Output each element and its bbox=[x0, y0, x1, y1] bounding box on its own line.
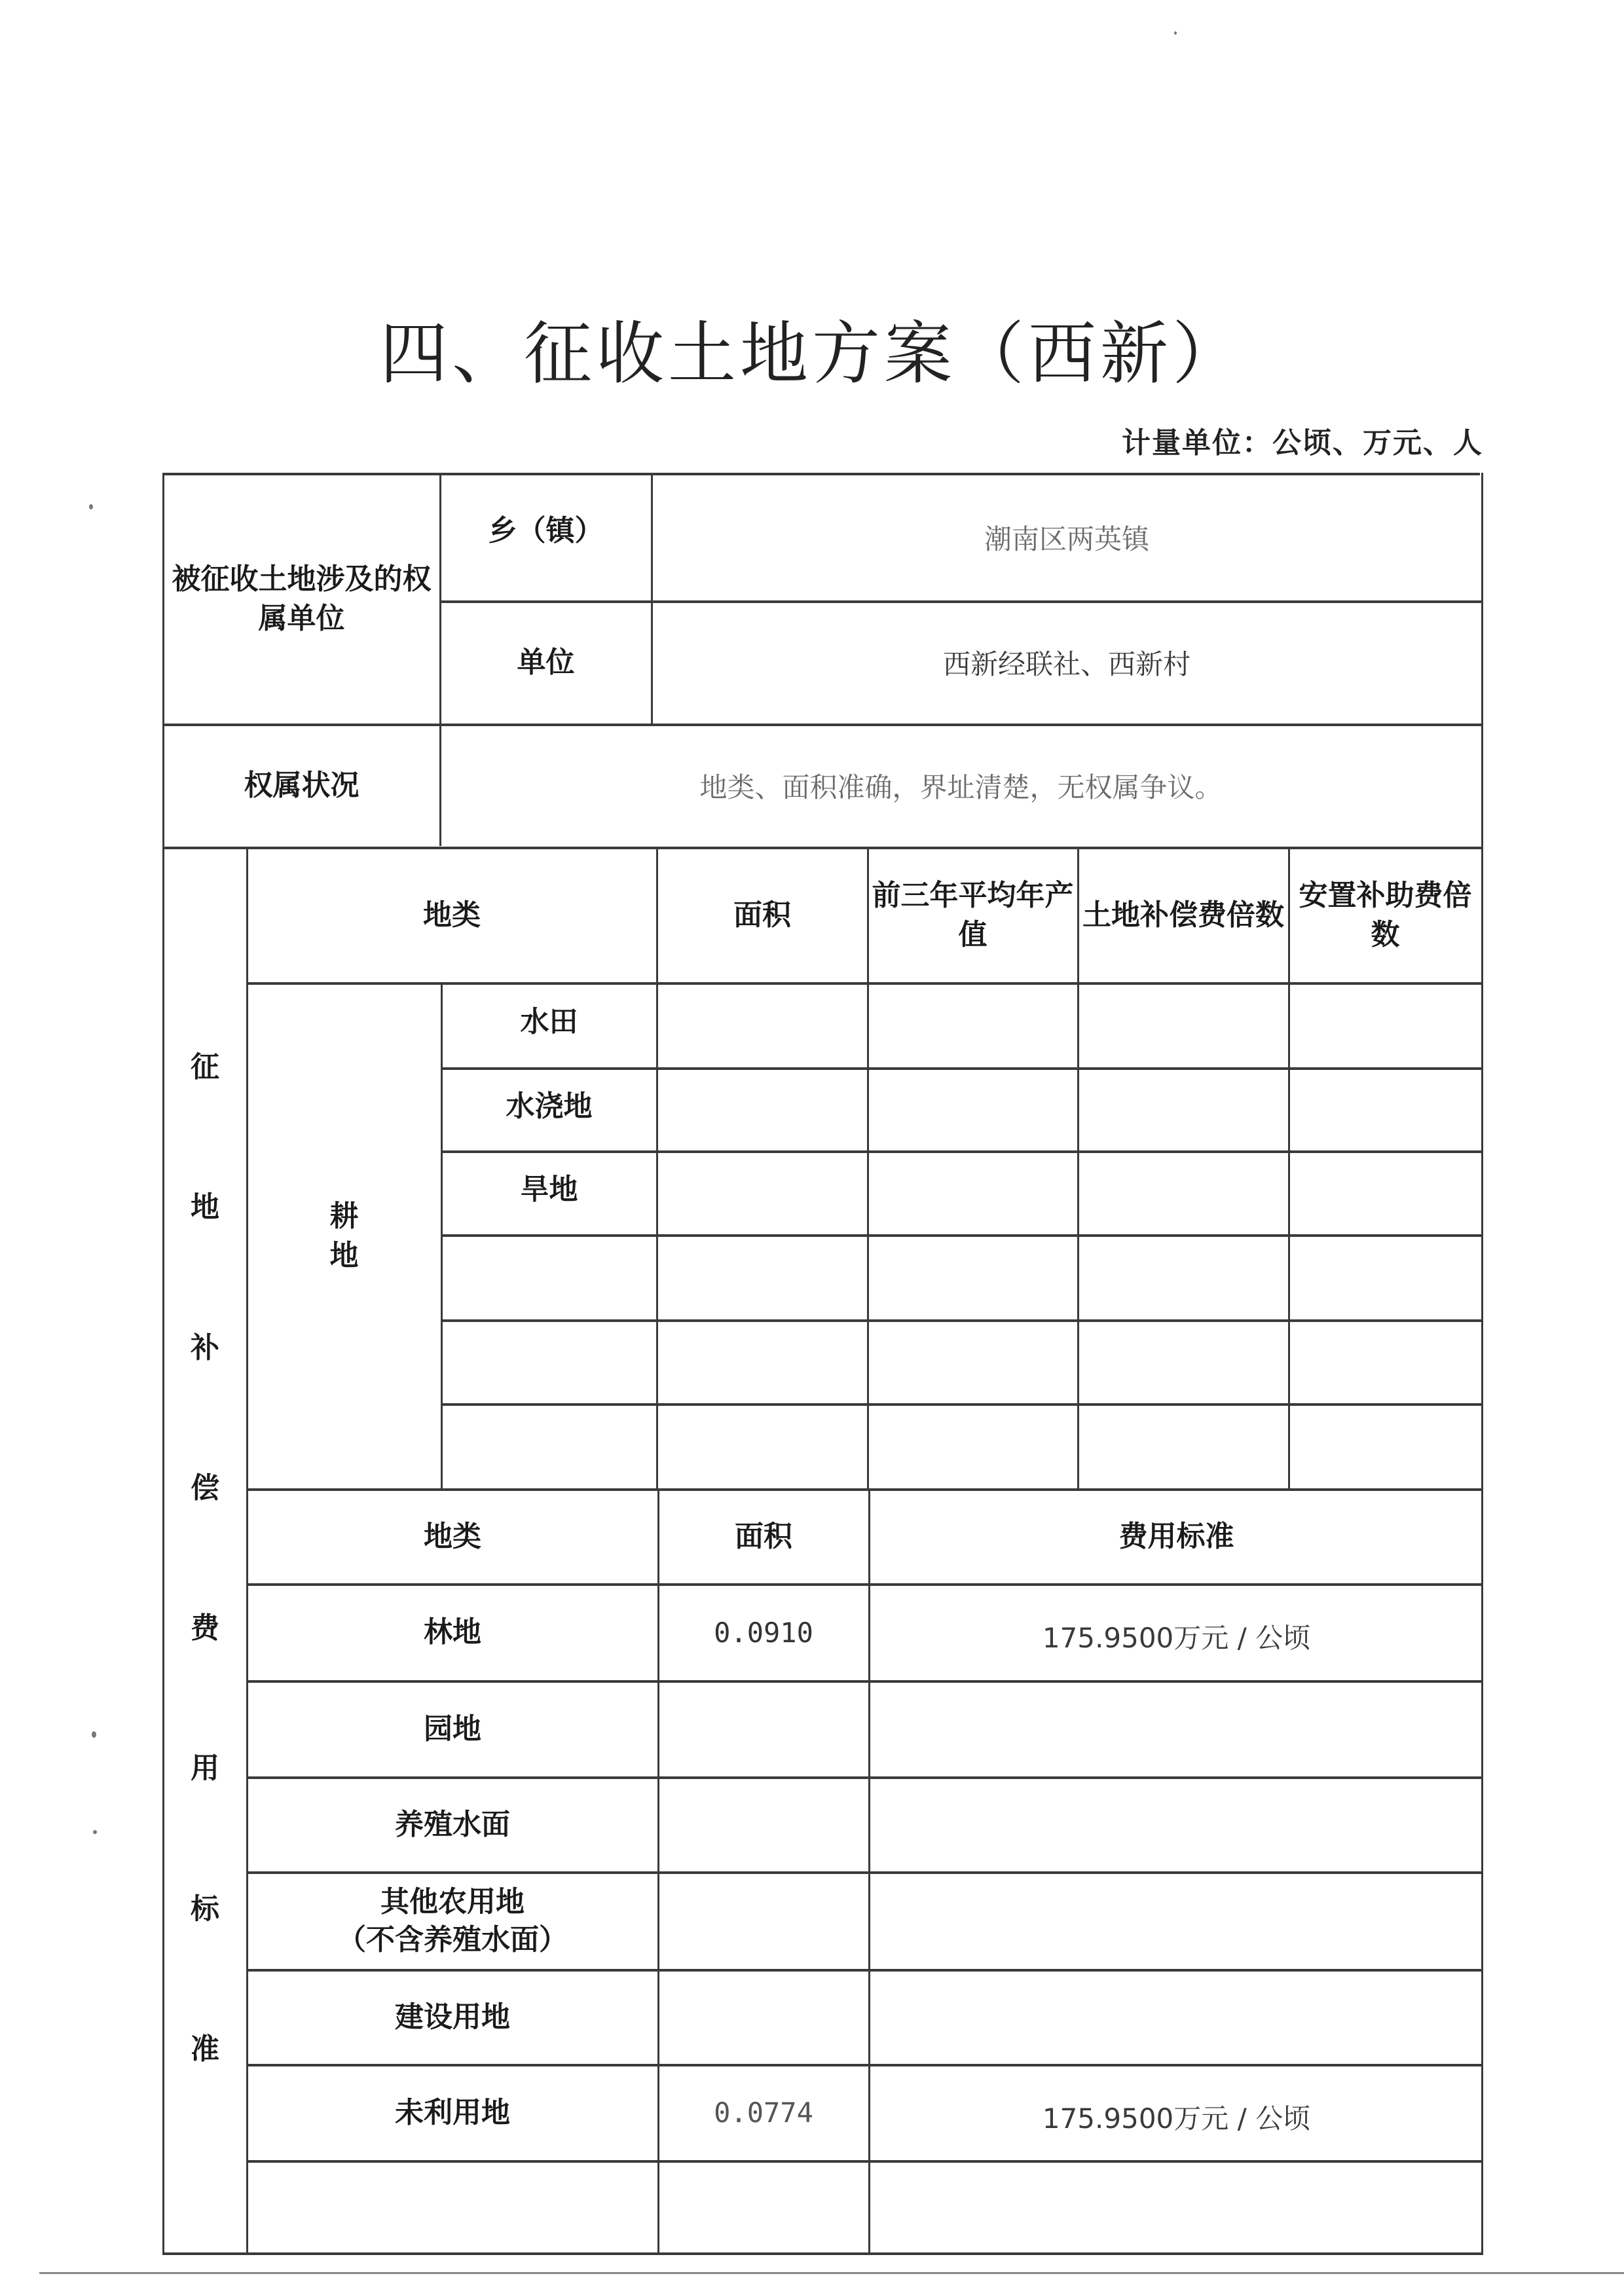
divider bbox=[441, 1234, 1481, 1237]
row-aquaculture-type: 养殖水面 bbox=[248, 1778, 657, 1871]
land-type-text: 建设用地 bbox=[395, 1998, 510, 2037]
scan-speck bbox=[89, 504, 93, 509]
row-forest-standard: 175.9500万元 / 公顷 bbox=[870, 1585, 1483, 1680]
fee-standard-value: 175.9500万元 / 公顷 bbox=[1043, 1617, 1310, 1656]
header-fee-standard: 费用标准 bbox=[870, 1490, 1483, 1583]
land-type-text: 养殖水面 bbox=[395, 1805, 510, 1845]
header-text: 地类 bbox=[424, 1517, 481, 1556]
area-value: 0.0910 bbox=[714, 1617, 813, 1649]
row-unused-standard: 175.9500万元 / 公顷 bbox=[870, 2065, 1483, 2160]
header-avg-output: 前三年平均年产值 bbox=[868, 848, 1077, 982]
row-paddy-field: 水田 bbox=[442, 983, 656, 1067]
township-label-text: 乡（镇） bbox=[489, 511, 604, 551]
vertical-char: 地 bbox=[191, 1188, 219, 1227]
header-text: 地类 bbox=[423, 896, 481, 935]
row-dry-land: 旱地 bbox=[442, 1152, 656, 1234]
township-value-text: 潮南区两英镇 bbox=[984, 518, 1149, 557]
scan-edge-line bbox=[39, 2272, 1624, 2274]
unit-label-text: 单位 bbox=[517, 643, 575, 682]
township-label: 乡（镇） bbox=[441, 474, 651, 600]
scan-speck bbox=[93, 1830, 97, 1834]
table-border-right bbox=[1481, 473, 1483, 2254]
row-construction-type: 建设用地 bbox=[248, 1970, 657, 2064]
header-land-compensation-multiple: 土地补偿费倍数 bbox=[1079, 848, 1288, 982]
township-value: 潮南区两英镇 bbox=[652, 474, 1481, 600]
cultivated-land-label: 耕 地 bbox=[248, 983, 441, 1488]
row-other-agricultural-type: 其他农用地 （不含养殖水面） bbox=[248, 1873, 657, 1969]
vertical-char: 偿 bbox=[191, 1469, 219, 1508]
divider bbox=[441, 1319, 1481, 1322]
header-text: 前三年平均年产值 bbox=[871, 876, 1075, 955]
compensation-standard-label: 征 地 补 偿 费 用 标 准 bbox=[164, 1048, 246, 2069]
land-type-note: （不含养殖水面） bbox=[337, 1921, 568, 1959]
ownership-status-label-text: 权属状况 bbox=[244, 766, 360, 805]
vertical-char: 费 bbox=[191, 1609, 219, 1648]
unit-value-text: 西新经联社、西新村 bbox=[943, 643, 1190, 682]
affected-units-label: 被征收土地涉及的权属单位 bbox=[164, 474, 439, 724]
header-text: 费用标准 bbox=[1119, 1517, 1234, 1556]
unit-value: 西新经联社、西新村 bbox=[652, 602, 1481, 724]
divider bbox=[246, 2160, 1483, 2163]
ownership-status-value-text: 地类、面积准确，界址清楚，无权属争议。 bbox=[699, 766, 1222, 805]
vertical-char: 耕 bbox=[330, 1197, 359, 1236]
vertical-char: 标 bbox=[191, 1890, 219, 1929]
land-type-text: 未利用地 bbox=[395, 2093, 510, 2133]
header-text: 面积 bbox=[733, 896, 791, 935]
unit-label: 单位 bbox=[441, 602, 651, 724]
scan-speck bbox=[92, 1731, 96, 1738]
vertical-char: 用 bbox=[191, 1749, 219, 1788]
header-text: 土地补偿费倍数 bbox=[1082, 896, 1284, 935]
land-type-text: 水浇地 bbox=[506, 1087, 593, 1126]
row-garden-type: 园地 bbox=[248, 1681, 657, 1776]
vertical-char: 地 bbox=[330, 1236, 359, 1276]
header-area-2: 面积 bbox=[659, 1490, 868, 1583]
land-type-text: 林地 bbox=[424, 1613, 481, 1652]
affected-units-label-text: 被征收土地涉及的权属单位 bbox=[170, 560, 433, 638]
header-land-type-2: 地类 bbox=[248, 1490, 657, 1583]
unit-note: 计量单位：公顷、万元、人 bbox=[1122, 419, 1483, 461]
header-text: 安置补助费倍数 bbox=[1291, 876, 1480, 955]
header-area: 面积 bbox=[657, 848, 867, 982]
header-land-type: 地类 bbox=[248, 848, 656, 982]
row-unused-area: 0.0774 bbox=[659, 2065, 868, 2160]
header-resettlement-multiple: 安置补助费倍数 bbox=[1289, 848, 1481, 982]
vertical-char: 准 bbox=[191, 2030, 219, 2069]
land-type-text: 园地 bbox=[424, 1710, 481, 1749]
scan-speck bbox=[1174, 31, 1177, 35]
vertical-char: 补 bbox=[191, 1329, 219, 1368]
row-unused-type: 未利用地 bbox=[248, 2065, 657, 2160]
vertical-char: 征 bbox=[191, 1048, 219, 1087]
table-border-bottom bbox=[162, 2252, 1483, 2255]
land-type-text: 其他农用地 bbox=[380, 1883, 525, 1921]
page-title: 四、征收土地方案（西新） bbox=[0, 308, 1624, 399]
fee-standard-value: 175.9500万元 / 公顷 bbox=[1043, 2097, 1310, 2137]
row-forest-type: 林地 bbox=[248, 1585, 657, 1680]
header-text: 面积 bbox=[735, 1517, 792, 1556]
land-type-text: 水田 bbox=[521, 1002, 578, 1042]
row-irrigated-land: 水浇地 bbox=[442, 1069, 656, 1150]
land-type-text: 旱地 bbox=[521, 1170, 578, 1209]
ownership-status-label: 权属状况 bbox=[164, 725, 439, 847]
ownership-status-value: 地类、面积准确，界址清楚，无权属争议。 bbox=[441, 725, 1481, 847]
area-value: 0.0774 bbox=[714, 2097, 813, 2129]
row-forest-area: 0.0910 bbox=[659, 1585, 868, 1680]
divider bbox=[441, 1403, 1481, 1406]
